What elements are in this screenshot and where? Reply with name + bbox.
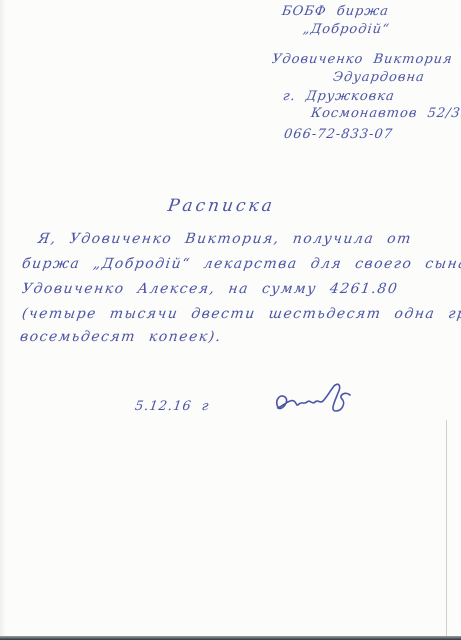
body-line-2: биржа „Добродій“ лекарства для своего сы…: [21, 256, 461, 272]
body-line-1: Я, Удовиченко Виктория, получила от: [37, 231, 413, 247]
scan-bottom-edge-line: [0, 636, 461, 640]
document-title: Расписка: [167, 196, 277, 216]
body-line-4: (четыре тысячи двести шестьдесят одна гр…: [21, 306, 461, 322]
org-name-line2: „Добродій“: [302, 22, 391, 37]
address-street: Космонавтов 52/35: [310, 106, 461, 121]
person-name-line1: Удовиченко Виктория: [271, 52, 454, 67]
body-line-5: восемьдесят копеек).: [19, 329, 223, 345]
person-name-line2: Эдуардовна: [332, 70, 426, 85]
phone-number: 066-72-833-07: [283, 127, 394, 142]
scan-left-shadow: [0, 0, 6, 640]
handwritten-signature: [272, 381, 352, 419]
body-line-3: Удовиченко Алексея, на сумму 4261.80: [21, 281, 399, 297]
scanned-receipt-page: БОБФ биржа „Добродій“ Удовиченко Виктори…: [0, 0, 461, 640]
address-city: г. Дружковка: [282, 89, 396, 104]
date: 5.12.16 г: [134, 399, 210, 414]
scan-right-edge-line: [446, 420, 447, 636]
org-name-line1: БОБФ биржа: [281, 4, 390, 19]
